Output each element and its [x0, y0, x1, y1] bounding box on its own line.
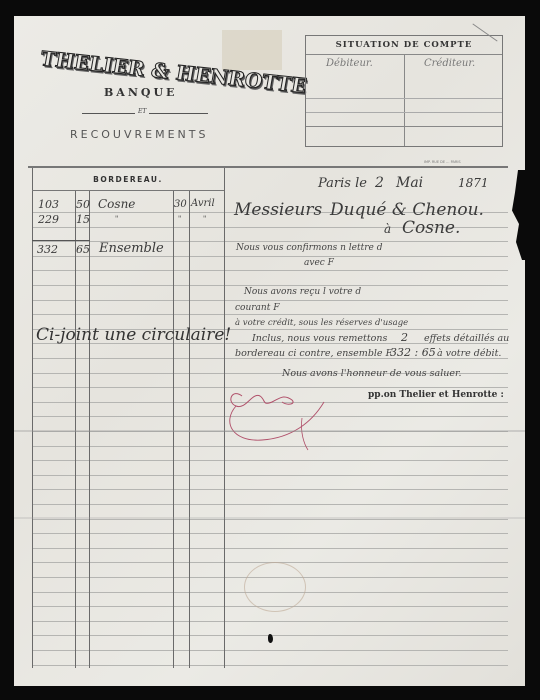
margin-note: Ci-joint une circulaire! — [36, 325, 231, 345]
current-line: courant F — [235, 303, 279, 313]
bordereau-title: BORDEREAU. — [33, 175, 223, 184]
column-line — [173, 190, 174, 668]
enclosed-line2-pre: bordereau ci contre, ensemble F — [235, 348, 392, 359]
row1-cents: 50 — [76, 198, 90, 211]
ruled-line — [32, 548, 508, 549]
credit-label: Créditeur. — [424, 58, 475, 69]
city: Cosne. — [402, 218, 460, 238]
bordereau-header-rule — [32, 190, 224, 191]
top-rule — [28, 166, 508, 168]
total-label: Ensemble — [99, 241, 164, 256]
ruled-line — [32, 256, 508, 257]
debit-label: Débiteur. — [326, 58, 373, 69]
column-line — [89, 190, 90, 668]
enclosed-line1-pre: Inclus, nous vous remettons — [252, 333, 387, 344]
ruled-line — [32, 519, 508, 520]
ruled-line — [32, 300, 508, 301]
closing: Nous avons l'honneur de vous saluer. — [282, 368, 462, 379]
ruled-line — [32, 650, 508, 651]
salutation: Messieurs — [234, 200, 322, 220]
ruled-line — [32, 460, 508, 461]
addressee: Duqué & Chenou. — [330, 200, 484, 220]
signature-block: pp.on Thelier et Henrotte : — [368, 390, 504, 400]
dateline-prefix: Paris le — [318, 176, 367, 191]
confirm-line: Nous vous confirmons n lettre d — [236, 243, 382, 253]
fold-crease — [14, 430, 525, 432]
row1-francs: 103 — [38, 198, 59, 211]
ink-blot — [268, 634, 273, 643]
enclosed-amount: 332 : 65 — [390, 346, 436, 359]
ruled-line — [32, 489, 508, 490]
account-box-title: SITUATION DE COMPTE — [306, 40, 502, 50]
printer-mark: IMP. RUE DE ... PARIS — [424, 160, 461, 164]
row2-cents: 15 — [76, 213, 90, 226]
row2-month: " — [203, 215, 206, 223]
enclosed-line2-post: à votre débit. — [437, 348, 501, 359]
ruled-line — [32, 475, 508, 476]
divider — [306, 112, 502, 113]
postmark — [244, 562, 306, 612]
ruled-line — [32, 533, 508, 534]
row1-month: Avril — [191, 198, 215, 209]
tape-mark — [222, 30, 282, 70]
account-situation-box: SITUATION DE COMPTE Débiteur. Créditeur. — [305, 35, 503, 147]
divider — [306, 98, 502, 99]
row2-place: " — [115, 215, 118, 223]
credit-line: à votre crédit, sous les réserves d'usag… — [235, 318, 408, 328]
row2-francs: 229 — [38, 213, 59, 226]
row1-day: 30 — [174, 199, 187, 210]
ruled-line — [32, 504, 508, 505]
divider — [404, 54, 405, 146]
total-cents: 65 — [76, 243, 90, 256]
total-francs: 332 — [37, 243, 58, 256]
letterhead-recouvrements: RECOUVREMENTS — [70, 128, 208, 141]
divider — [306, 126, 502, 127]
row1-place: Cosne — [98, 197, 135, 211]
enclosed-line1-post: effets détaillés au — [424, 333, 509, 344]
total-rule — [32, 240, 90, 241]
date-month: Mai — [396, 175, 423, 191]
letterhead-et: ET — [135, 108, 149, 115]
date-year: 1871 — [458, 176, 489, 190]
ruled-line — [32, 665, 508, 666]
ruled-line — [32, 270, 508, 271]
row2-day: " — [178, 215, 181, 223]
city-prefix: à — [384, 222, 391, 236]
column-line — [189, 190, 190, 668]
letterhead-banque: BANQUE — [104, 86, 177, 99]
column-line — [75, 190, 76, 668]
enclosed-count: 2 — [401, 331, 408, 344]
ruled-line — [32, 621, 508, 622]
received-line: Nous avons reçu l votre d — [244, 287, 361, 297]
ruled-line — [32, 285, 508, 286]
column-line — [32, 168, 33, 668]
fold-crease — [14, 517, 525, 519]
confirm-line2: avec F — [304, 258, 334, 268]
ruled-line — [32, 314, 508, 315]
signature-flourish — [222, 382, 332, 452]
date-day: 2 — [375, 175, 384, 191]
